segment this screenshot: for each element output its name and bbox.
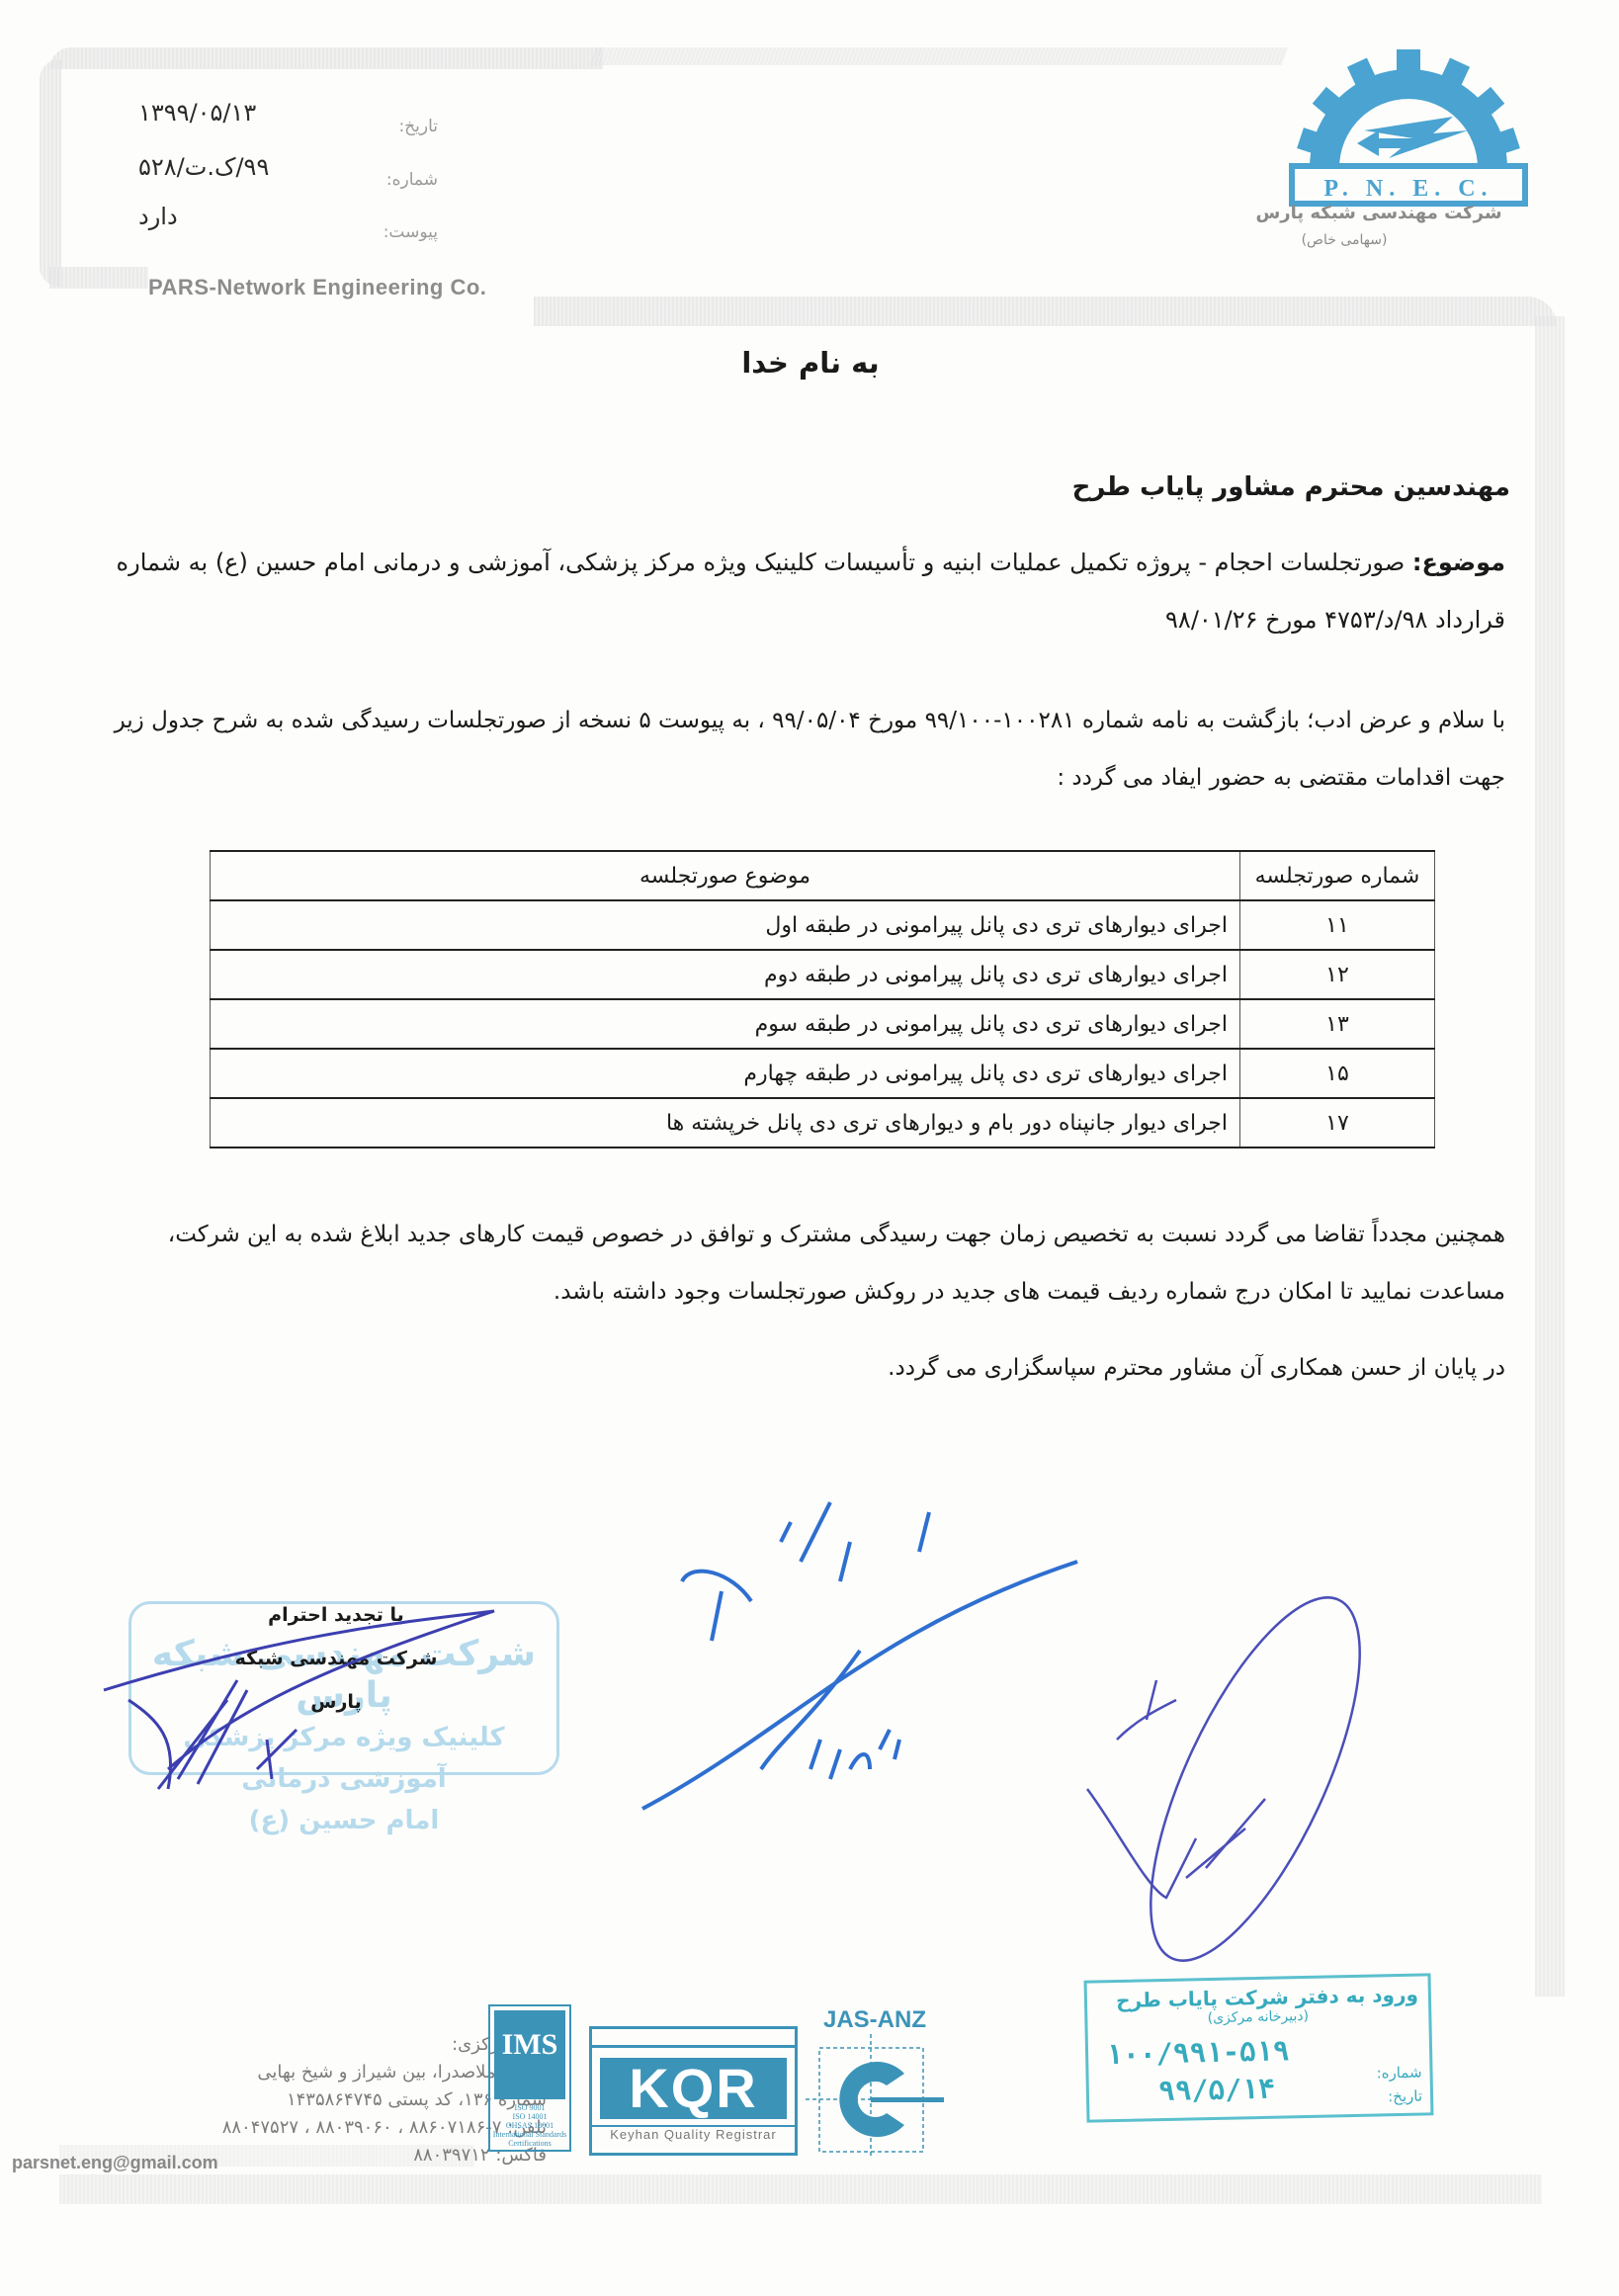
signature-reviewer-icon [1087, 1571, 1402, 1988]
jas-anz-c-icon [806, 2034, 944, 2158]
address-line-2: شماره ۱۳۶، کد پستی ۱۴۳۵۸۶۴۷۴۵ [0, 2086, 547, 2114]
office-label: دفتر مرکزی: [0, 2031, 547, 2059]
receipt-number-value: ۱۰۰/۹۹۱-۵۱۹ [1106, 2034, 1290, 2071]
kqr-certification-logo: KQR Keyhan Quality Registrar [589, 2026, 798, 2156]
receipt-date-value: ۹۹/۵/۱۴ [1158, 2073, 1276, 2107]
email-address[interactable]: parsnet.eng@gmail.com [12, 2153, 218, 2173]
ims-certification-logo: IMS ISO 9001 ISO 14001 OHSAS 18001 Inter… [488, 2004, 571, 2152]
address-line-1: خیابان ملاصدرا، بین شیراز و شیخ بهایی [0, 2059, 547, 2086]
signatures [0, 0, 1619, 2296]
receipt-stamp: ورود به دفتر شرکت پایاب طرح (دبیرخانه مر… [1084, 1973, 1434, 2122]
phone-numbers: تلفن: ۷-۸۸۶۰۷۱۸۶ ، ۸۸۰۳۹۰۶۰ ، ۸۸۰۴۷۵۲۷ [0, 2114, 547, 2142]
receipt-number-label: شماره: [1376, 2064, 1421, 2083]
handwritten-note-icon [642, 1502, 1077, 1809]
footer-address: دفتر مرکزی: خیابان ملاصدرا، بین شیراز و … [0, 2031, 547, 2169]
signature-sender-icon [104, 1611, 494, 1789]
receipt-date-label: تاریخ: [1388, 2087, 1422, 2106]
jas-anz-certification-logo: JAS-ANZ [806, 2006, 944, 2165]
